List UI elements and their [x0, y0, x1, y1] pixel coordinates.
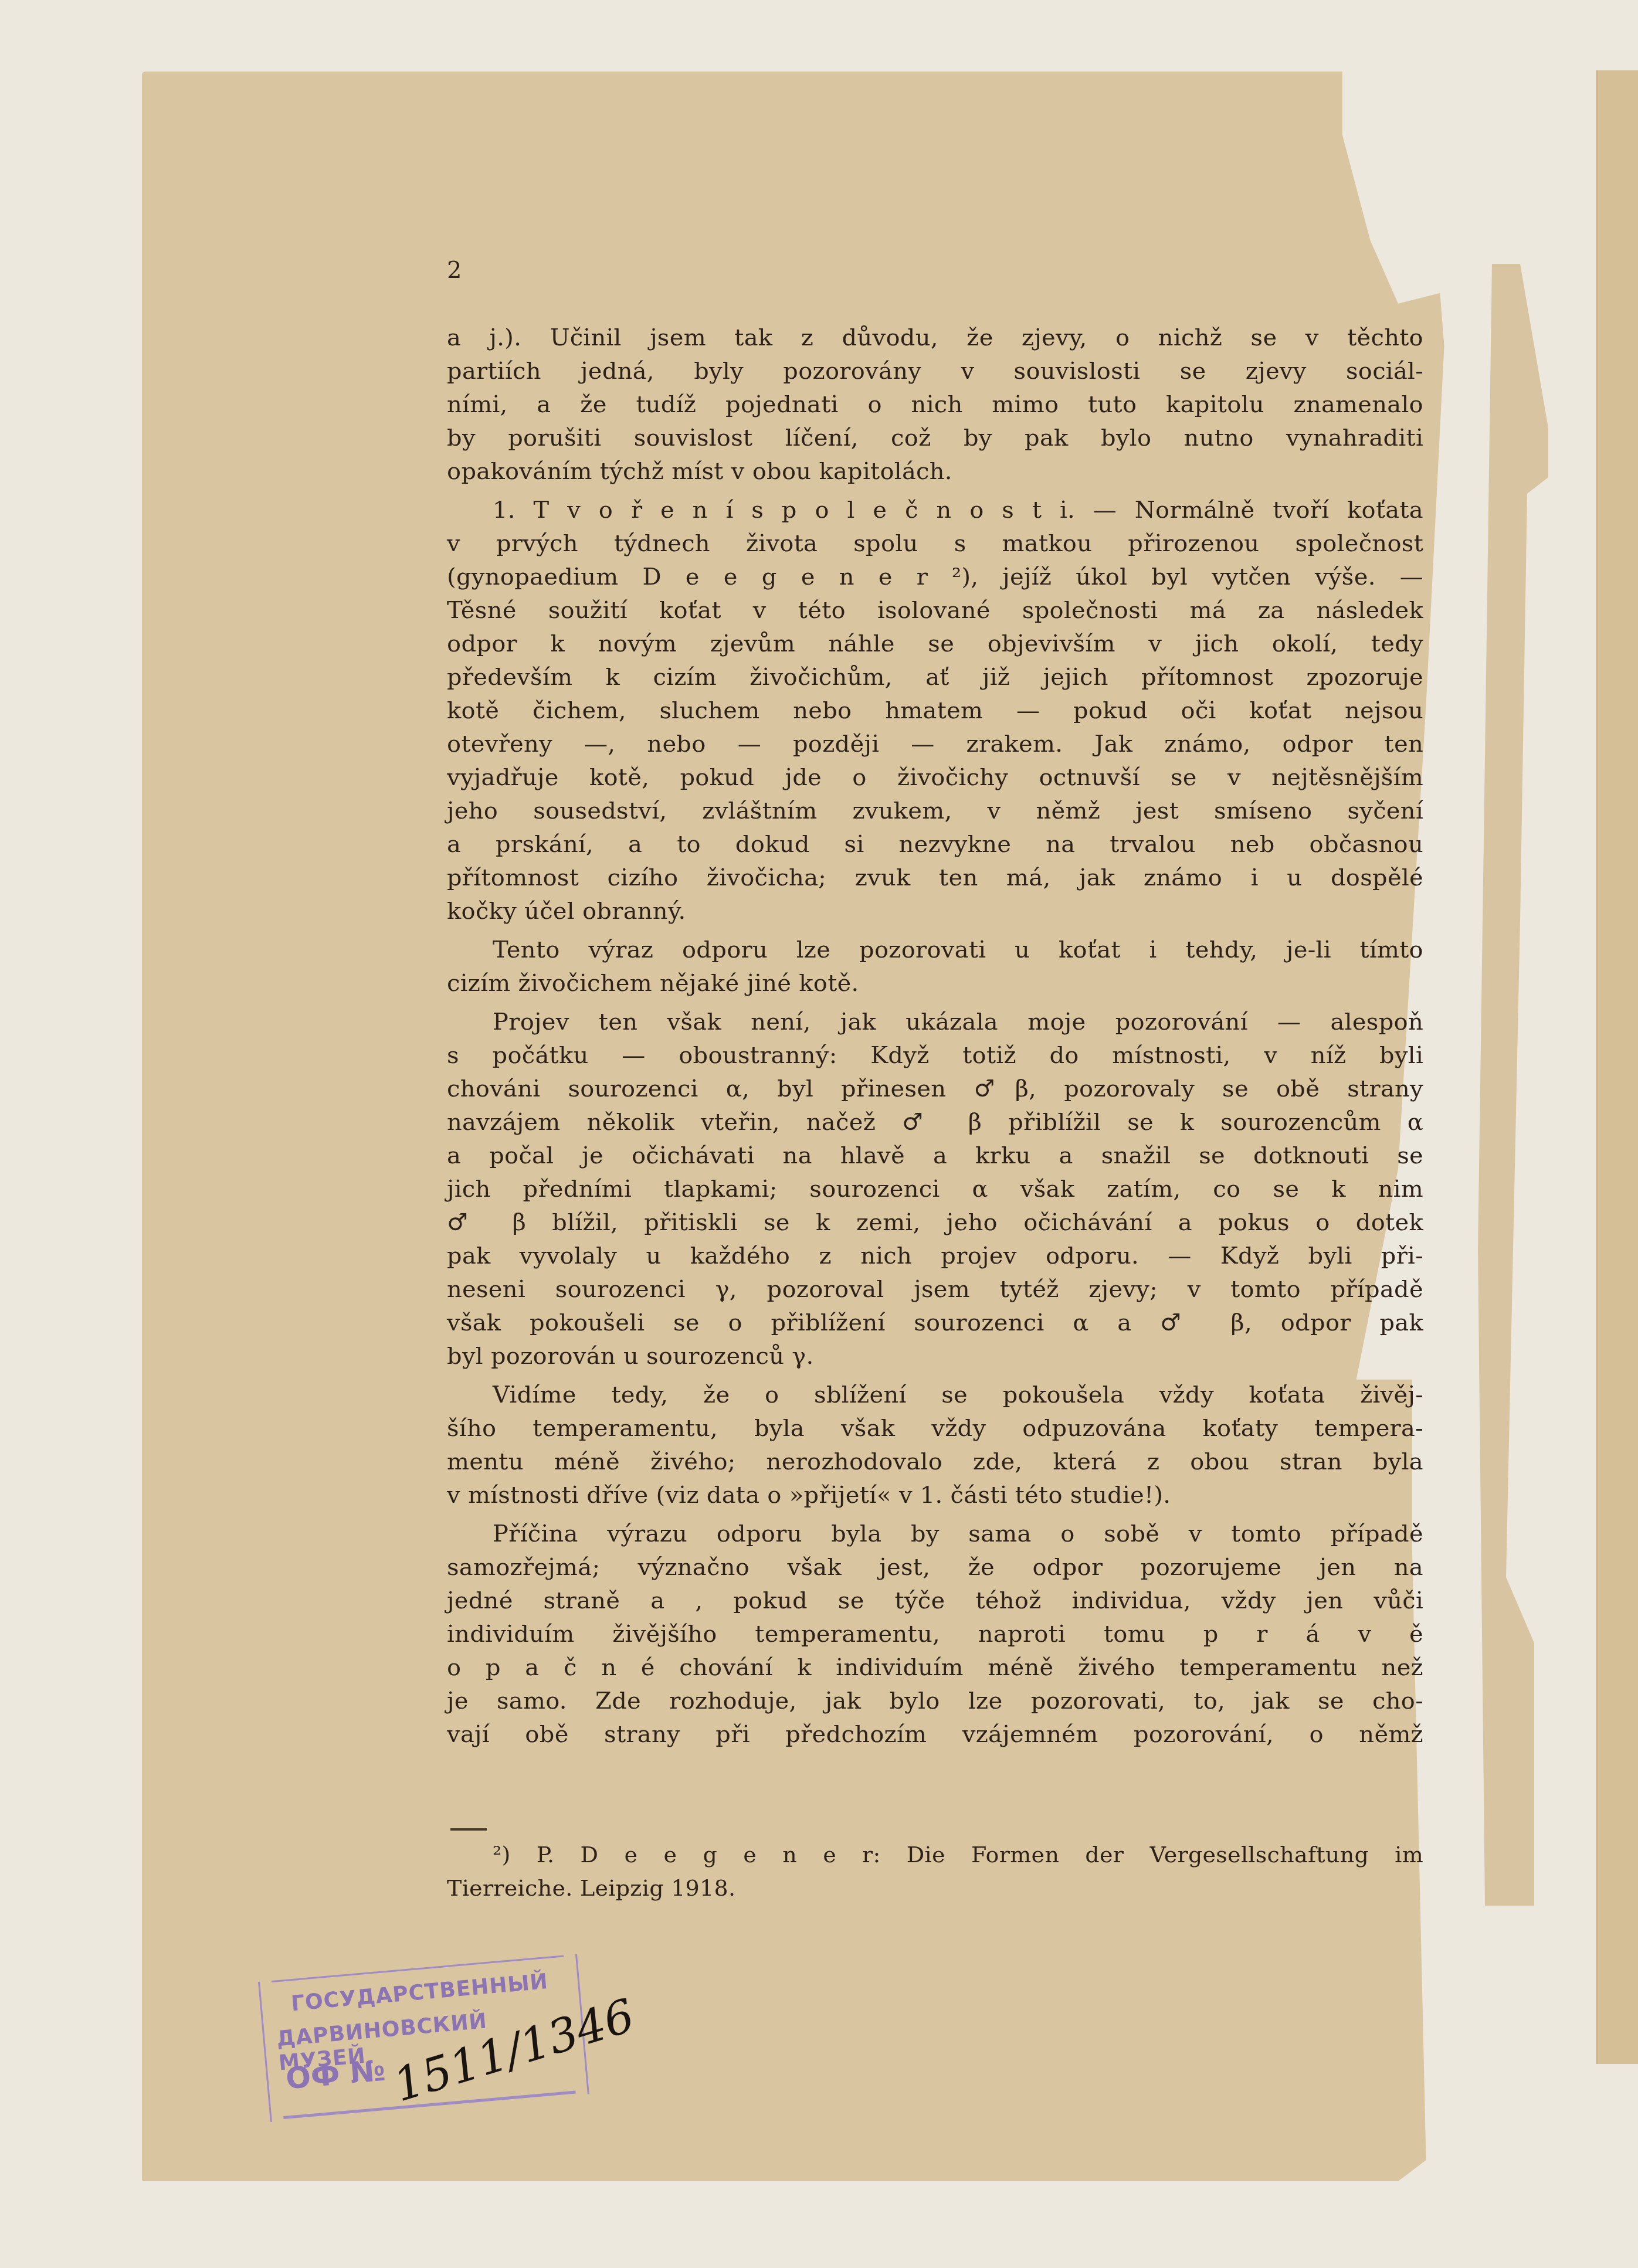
- text-line: kočky účel obranný.: [447, 895, 1423, 928]
- footnote: ²) P. D e e g e n e r: Die Formen der Ve…: [447, 1838, 1423, 1905]
- footnote-rule: [450, 1828, 487, 1831]
- text-line: 1. T v o ř e n í s p o l e č n o s t i. …: [447, 494, 1423, 527]
- text-line: kotě čichem, sluchem nebo hmatem — pokud…: [447, 694, 1423, 728]
- text-line: ními, a že tudíž pojednati o nich mimo t…: [447, 388, 1423, 422]
- text-line: samozřejmá; význačno však jest, že odpor…: [447, 1551, 1423, 1584]
- text-line: přítomnost cizího živočicha; zvuk ten má…: [447, 861, 1423, 895]
- text-line: byl pozorován u sourozenců γ.: [447, 1340, 1423, 1373]
- text-line: partiích jedná, byly pozorovány v souvis…: [447, 355, 1423, 388]
- text-line: a počal je očichávati na hlavě a krku a …: [447, 1139, 1423, 1173]
- text-line: a j.). Učinil jsem tak z důvodu, že zjev…: [447, 321, 1423, 355]
- text-line: jedné straně a , pokud se týče téhož ind…: [447, 1584, 1423, 1618]
- text-line: Tento výraz odporu lze pozorovati u koťa…: [447, 933, 1423, 967]
- text-line: otevřeny —, nebo — později — zrakem. Jak…: [447, 728, 1423, 761]
- text-line: s počátku — oboustranný: Když totiž do m…: [447, 1039, 1423, 1072]
- text-line: neseni sourozenci γ, pozoroval jsem tyté…: [447, 1273, 1423, 1306]
- text-line: individuím živějšího temperamentu, napro…: [447, 1618, 1423, 1651]
- text-line: navzájem několik vteřin, načež ♂ β přibl…: [447, 1106, 1423, 1139]
- text-line: však pokoušeli se o přiblížení sourozenc…: [447, 1306, 1423, 1340]
- text-line: vají obě strany při předchozím vzájemném…: [447, 1718, 1423, 1751]
- adjacent-page-edge: [1596, 70, 1638, 2064]
- torn-paper-strip: [1478, 264, 1548, 1906]
- text-line: ²) P. D e e g e n e r: Die Formen der Ve…: [447, 1838, 1423, 1872]
- text-line: Tierreiche. Leipzig 1918.: [447, 1872, 1423, 1905]
- text-line: v místnosti dříve (viz data o »přijetí« …: [447, 1479, 1423, 1512]
- text-line: a prskání, a to dokud si nezvykne na trv…: [447, 828, 1423, 861]
- museum-stamp: ГОСУДАРСТВЕННЫЙ ДАРВИНОВСКИЙ МУЗЕЙ ОФ № …: [258, 1954, 589, 2122]
- text-line: ♂ β blížil, přitiskli se k zemi, jeho oč…: [447, 1206, 1423, 1240]
- text-line: chováni sourozenci α, byl přinesen ♂β, p…: [447, 1072, 1423, 1106]
- page-number: 2: [447, 257, 462, 284]
- text-line: především k cizím živočichům, ať již jej…: [447, 661, 1423, 694]
- text-line: cizím živočichem nějaké jiné kotě.: [447, 967, 1423, 1000]
- body-text: a j.). Učinil jsem tak z důvodu, že zjev…: [447, 321, 1423, 1751]
- text-line: o p a č n é chování k individuím méně ži…: [447, 1651, 1423, 1685]
- text-line: šího temperamentu, byla však vždy odpuzo…: [447, 1412, 1423, 1445]
- text-line: (gynopaedium D e e g e n e r ²), jejíž ú…: [447, 561, 1423, 594]
- text-line: Vidíme tedy, že o sblížení se pokoušela …: [447, 1379, 1423, 1412]
- text-line: v prvých týdnech života spolu s matkou p…: [447, 527, 1423, 561]
- text-line: mentu méně živého; nerozhodovalo zde, kt…: [447, 1445, 1423, 1479]
- text-line: je samo. Zde rozhoduje, jak bylo lze poz…: [447, 1685, 1423, 1718]
- text-line: jeho sousedství, zvláštním zvukem, v něm…: [447, 795, 1423, 828]
- text-line: jich předními tlapkami; sourozenci α vša…: [447, 1173, 1423, 1206]
- text-line: Projev ten však není, jak ukázala moje p…: [447, 1006, 1423, 1039]
- text-line: Těsné soužití koťat v této isolované spo…: [447, 594, 1423, 627]
- text-line: by porušiti souvislost líčení, což by pa…: [447, 422, 1423, 455]
- text-line: Příčina výrazu odporu byla by sama o sob…: [447, 1517, 1423, 1551]
- text-line: opakováním týchž míst v obou kapitolách.: [447, 455, 1423, 488]
- text-line: pak vyvolaly u každého z nich projev odp…: [447, 1240, 1423, 1273]
- text-line: odpor k novým zjevům náhle se objevivším…: [447, 627, 1423, 661]
- text-line: vyjadřuje kotě, pokud jde o živočichy oc…: [447, 761, 1423, 795]
